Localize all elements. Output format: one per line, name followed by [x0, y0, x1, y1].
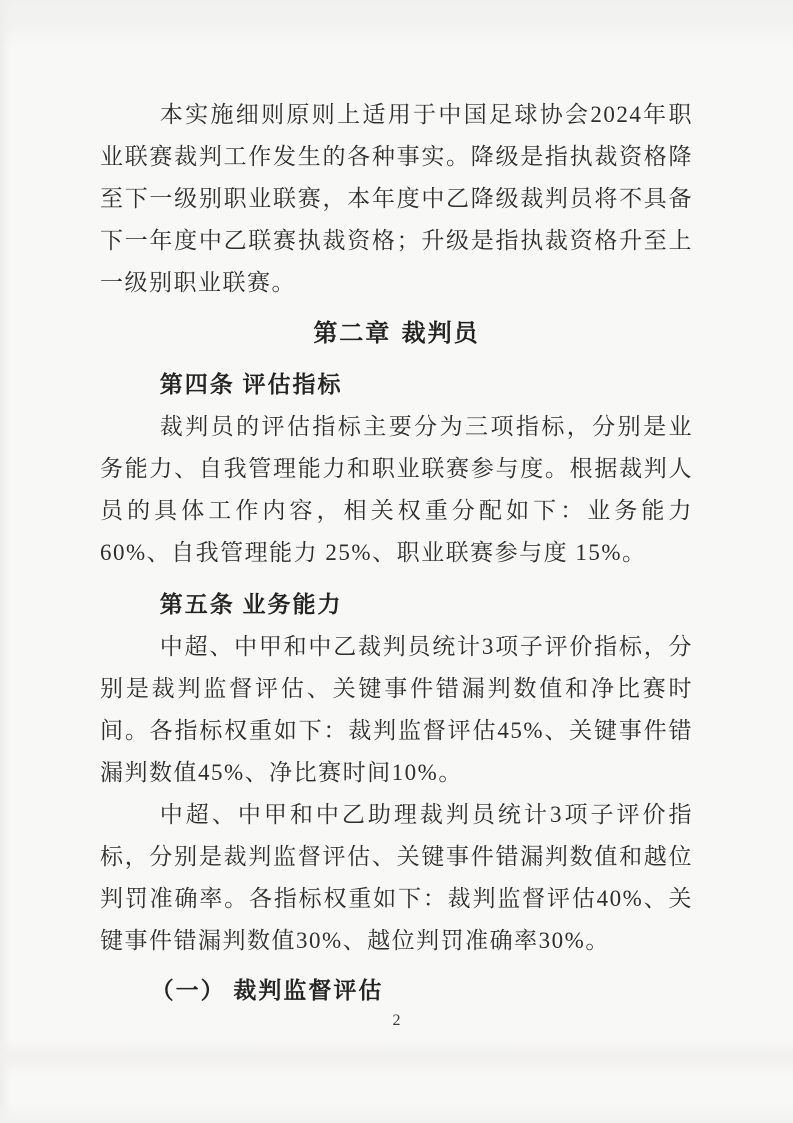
article5-heading: 第五条 业务能力 [100, 584, 693, 626]
scan-shading-bottom [0, 1038, 793, 1078]
article4-heading: 第四条 评估指标 [100, 364, 693, 406]
article4-paragraph: 裁判员的评估指标主要分为三项指标，分别是业务能力、自我管理能力和职业联赛参与度。… [100, 406, 693, 574]
scan-shading-left [0, 0, 10, 1123]
scan-shading-bottom-edge [0, 1101, 793, 1123]
article5-paragraph-2: 中超、中甲和中乙助理裁判员统计3项子评价指标，分别是裁判监督评估、关键事件错漏判… [100, 794, 693, 962]
scan-shading-top [0, 0, 793, 48]
page-number: 2 [0, 1012, 793, 1030]
item1-heading: （一） 裁判监督评估 [100, 970, 693, 1012]
document-page: 本实施细则原则上适用于中国足球协会2024年职业联赛裁判工作发生的各种事实。降级… [0, 0, 793, 1123]
article5-paragraph-1: 中超、中甲和中乙裁判员统计3项子评价指标，分别是裁判监督评估、关键事件错漏判数值… [100, 626, 693, 794]
intro-paragraph: 本实施细则原则上适用于中国足球协会2024年职业联赛裁判工作发生的各种事实。降级… [100, 94, 693, 304]
chapter-heading: 第二章 裁判员 [100, 310, 693, 356]
page-content: 本实施细则原则上适用于中国足球协会2024年职业联赛裁判工作发生的各种事实。降级… [100, 94, 693, 1012]
